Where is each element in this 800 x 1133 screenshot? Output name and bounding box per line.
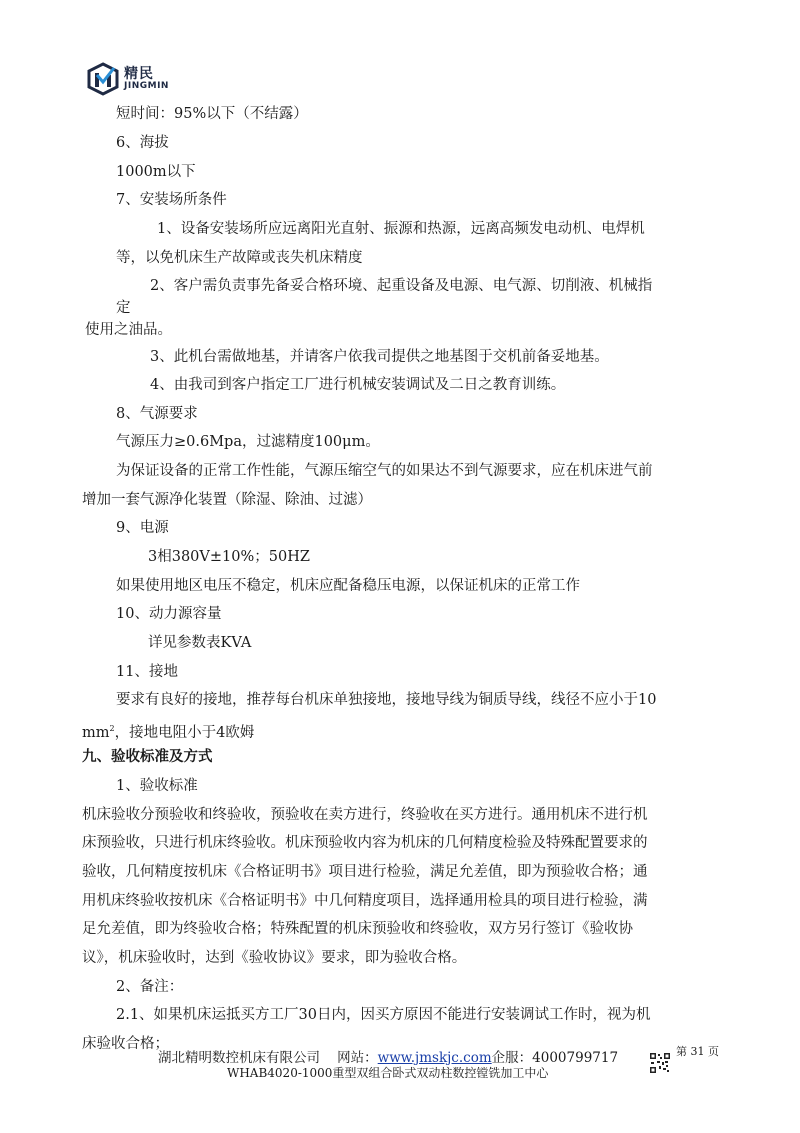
text-line: 4、由我司到客户指定工厂进行机械安装调试及二日之教育训练。 (150, 375, 565, 395)
text-line: 详见参数表KVA (148, 633, 251, 653)
text-line: 7、安装场所条件 (116, 190, 227, 210)
text-line: 6、海拔 (116, 133, 169, 153)
text-line: 床预验收，只进行机床终验收。机床预验收内容为机床的几何精度检验及特殊配置要求的 (82, 833, 648, 853)
text-line: 用机床终验收按机床《合格证明书》中几何精度项目，选择通用检具的项目进行检验，满 (82, 891, 648, 911)
company-logo: 精民 JINGMIN (86, 62, 196, 98)
text-line: 2.1、如果机床运抵买方工厂30日内，因买方原因不能进行安装调试工作时，视为机 (116, 1005, 651, 1025)
text-line: 要求有良好的接地，推荐每台机床单独接地，接地导线为铜质导线，线径不应小于10 (116, 690, 656, 710)
logo-mark-icon (86, 62, 120, 96)
text-line: 2、客户需负责事先备妥合格环境、起重设备及电源、电气源、切削液、机械指 (150, 276, 652, 296)
text-line: 定 (116, 298, 131, 318)
logo-en-text: JINGMIN (124, 81, 169, 91)
section-heading: 九、验收标准及方式 (82, 747, 213, 767)
text-line: 机床验收分预验收和终验收，预验收在卖方进行，终验收在买方进行。通用机床不进行机 (82, 805, 648, 825)
grounding-resistance-line: mm2，接地电阻小于4欧姆 (82, 719, 254, 743)
page-number: 第 31 页 (676, 1043, 719, 1059)
text-line: 10、动力源容量 (116, 604, 221, 624)
text-line: 1000m以下 (116, 162, 196, 182)
text-line: 议》，机床验收时，达到《验收协议》要求，即为验收合格。 (82, 948, 466, 968)
text-line: 1、设备安装场所应远离阳光直射、振源和热源，远离高频发电动机、电焊机 (157, 219, 645, 239)
text-line: 使用之油品。 (85, 320, 172, 340)
mm-line-rest: ，接地电阻小于4欧姆 (115, 725, 255, 741)
text-line: 床验收合格； (82, 1034, 169, 1054)
logo-cn-text: 精民 (124, 63, 154, 83)
text-line: 3、此机台需做地基，并请客户依我司提供之地基图于交机前备妥地基。 (150, 347, 609, 367)
footer-company-line: 湖北精明数控机床有限公司 网站：www.jmskjc.com企服：4000799… (158, 1046, 618, 1066)
text-line: 2、备注： (116, 977, 183, 997)
qr-code-icon (650, 1053, 670, 1073)
text-line: 9、电源 (116, 518, 169, 538)
text-line: 8、气源要求 (116, 404, 198, 424)
text-line: 3相380V±10%；50HZ (148, 547, 310, 567)
text-line: 增加一套气源净化装置（除湿、除油、过滤） (82, 490, 372, 510)
text-line: 验收，几何精度按机床《合格证明书》项目进行检验，满足允差值，即为预验收合格；通 (82, 862, 648, 882)
text-line: 11、接地 (116, 662, 178, 682)
text-line: 等，以免机床生产故障或丧失机床精度 (116, 248, 363, 268)
text-line: 1、验收标准 (116, 776, 198, 796)
mm-unit: mm (82, 725, 110, 741)
text-line: 为保证设备的正常工作性能，气源压缩空气的如果达不到气源要求，应在机床进气前 (116, 461, 653, 481)
text-line: 如果使用地区电压不稳定，机床应配备稳压电源，以保证机床的正常工作 (116, 576, 580, 596)
text-line: 气源压力≥0.6Mpa，过滤精度100μm。 (116, 432, 380, 452)
footer-product-line: WHAB4020-1000重型双组合卧式双动柱数控镗铣加工中心 (227, 1064, 548, 1081)
text-line: 短时间：95%以下（不结露） (116, 104, 308, 124)
text-line: 足允差值，即为终验收合格；特殊配置的机床预验收和终验收，双方另行签订《验收协 (82, 919, 633, 939)
